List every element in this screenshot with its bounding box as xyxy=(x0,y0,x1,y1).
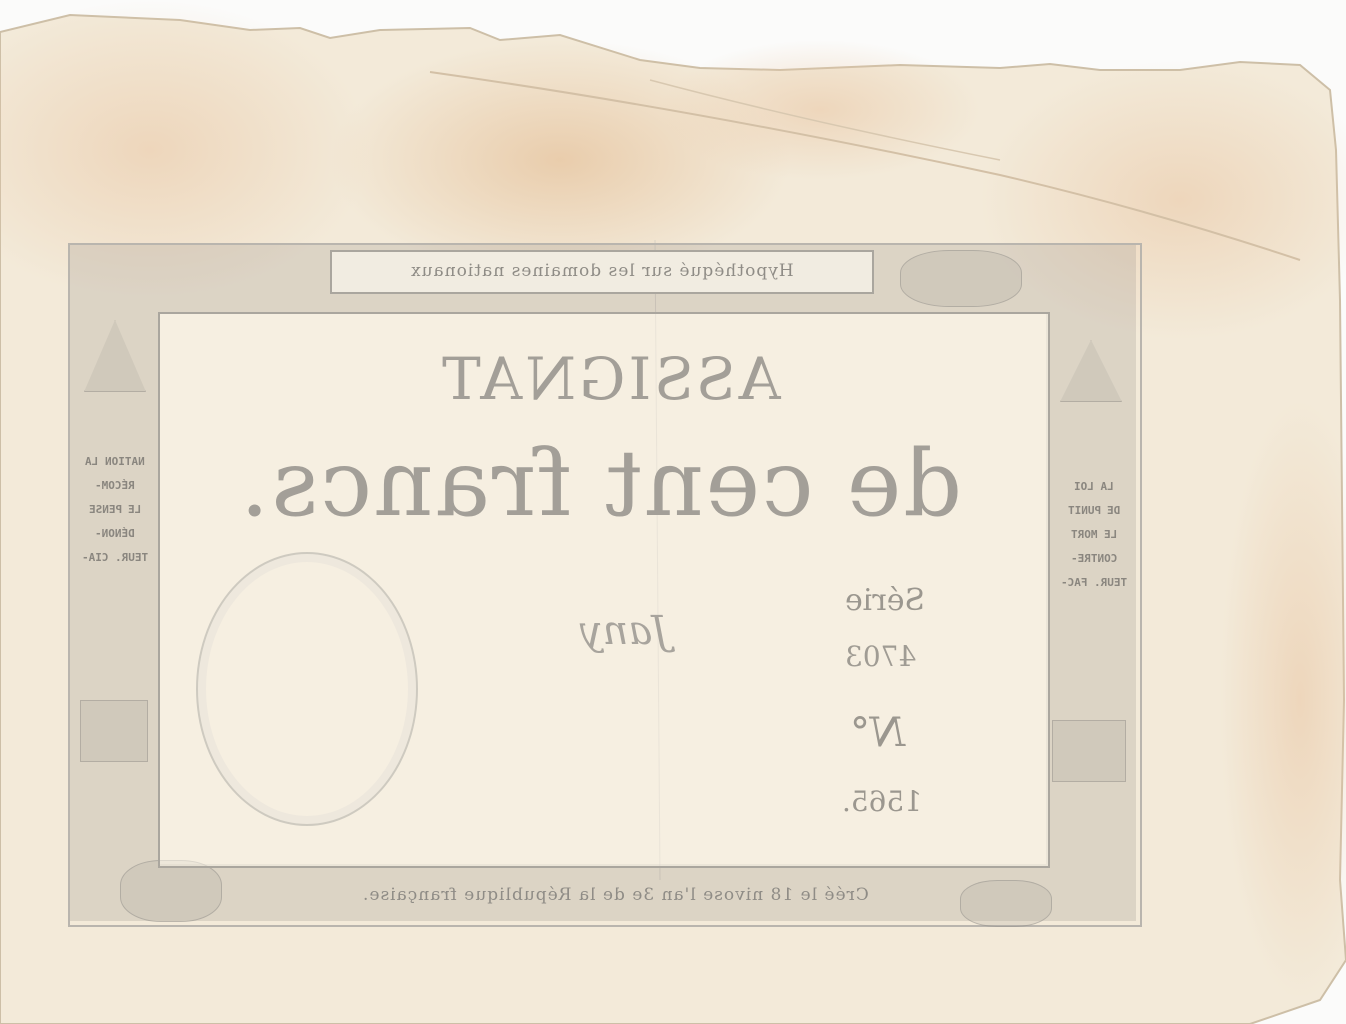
left-line: CIA- xyxy=(82,546,109,570)
right-line: LE xyxy=(1104,523,1117,547)
mortgage-label: Hypothéqué sur les domaines nationaux xyxy=(330,250,874,294)
serie-number: 4703 xyxy=(845,640,916,673)
number-label-text: N° xyxy=(850,710,905,756)
right-line: FAC- xyxy=(1061,571,1088,595)
title-assignat-text: ASSIGNAT xyxy=(439,345,781,413)
right-line: DE xyxy=(1107,499,1120,523)
left-line: NATION xyxy=(105,450,145,474)
mortgage-label-text: Hypothéqué sur les domaines nationaux xyxy=(410,252,794,290)
right-line: PUNIT xyxy=(1068,499,1101,523)
right-line: TEUR. xyxy=(1094,571,1127,595)
left-line: PENSE xyxy=(89,498,122,522)
title-denomination: de cent francs. xyxy=(170,430,1030,537)
banknote: Hypothéqué sur les domaines nationaux AS… xyxy=(0,0,1346,1024)
left-line: TEUR. xyxy=(115,546,148,570)
left-line: LE xyxy=(128,498,141,522)
serial-number-text: 1565. xyxy=(842,785,922,818)
top-right-ornament xyxy=(900,250,1022,307)
right-fasces-ornament xyxy=(1052,720,1126,782)
left-fasces-ornament xyxy=(80,700,148,762)
title-denomination-text: de cent francs. xyxy=(238,430,962,537)
left-line: RÉCOM- xyxy=(95,474,135,498)
serie-number-text: 4703 xyxy=(845,640,916,673)
signature: Jany xyxy=(580,608,668,654)
right-column-text: LA LOI PUNIT DE MORT LE CONTRE- FAC- TEU… xyxy=(1058,475,1130,595)
left-line: LA xyxy=(85,450,98,474)
embossed-seal xyxy=(196,552,418,826)
serie-label-text: Série xyxy=(845,583,925,618)
right-line: CONTRE- xyxy=(1071,547,1117,571)
bottom-left-ornament xyxy=(120,860,222,922)
number-label: N° xyxy=(850,710,905,756)
creation-date-text-inner: Créé le 18 nivose l'an 3e de la Républiq… xyxy=(362,885,869,905)
title-assignat: ASSIGNAT xyxy=(390,345,830,413)
serial-number: 1565. xyxy=(842,785,922,818)
right-line: MORT xyxy=(1071,523,1098,547)
right-line: LA LOI xyxy=(1074,475,1114,499)
signature-text: Jany xyxy=(580,608,668,654)
creation-date-text: Créé le 18 nivose l'an 3e de la Républiq… xyxy=(240,885,990,905)
left-line: DÉNON- xyxy=(95,522,135,546)
left-column-text: LA NATION RÉCOM- PENSE LE DÉNON- CIA- TE… xyxy=(80,450,150,570)
serie-label: Série xyxy=(845,583,925,618)
